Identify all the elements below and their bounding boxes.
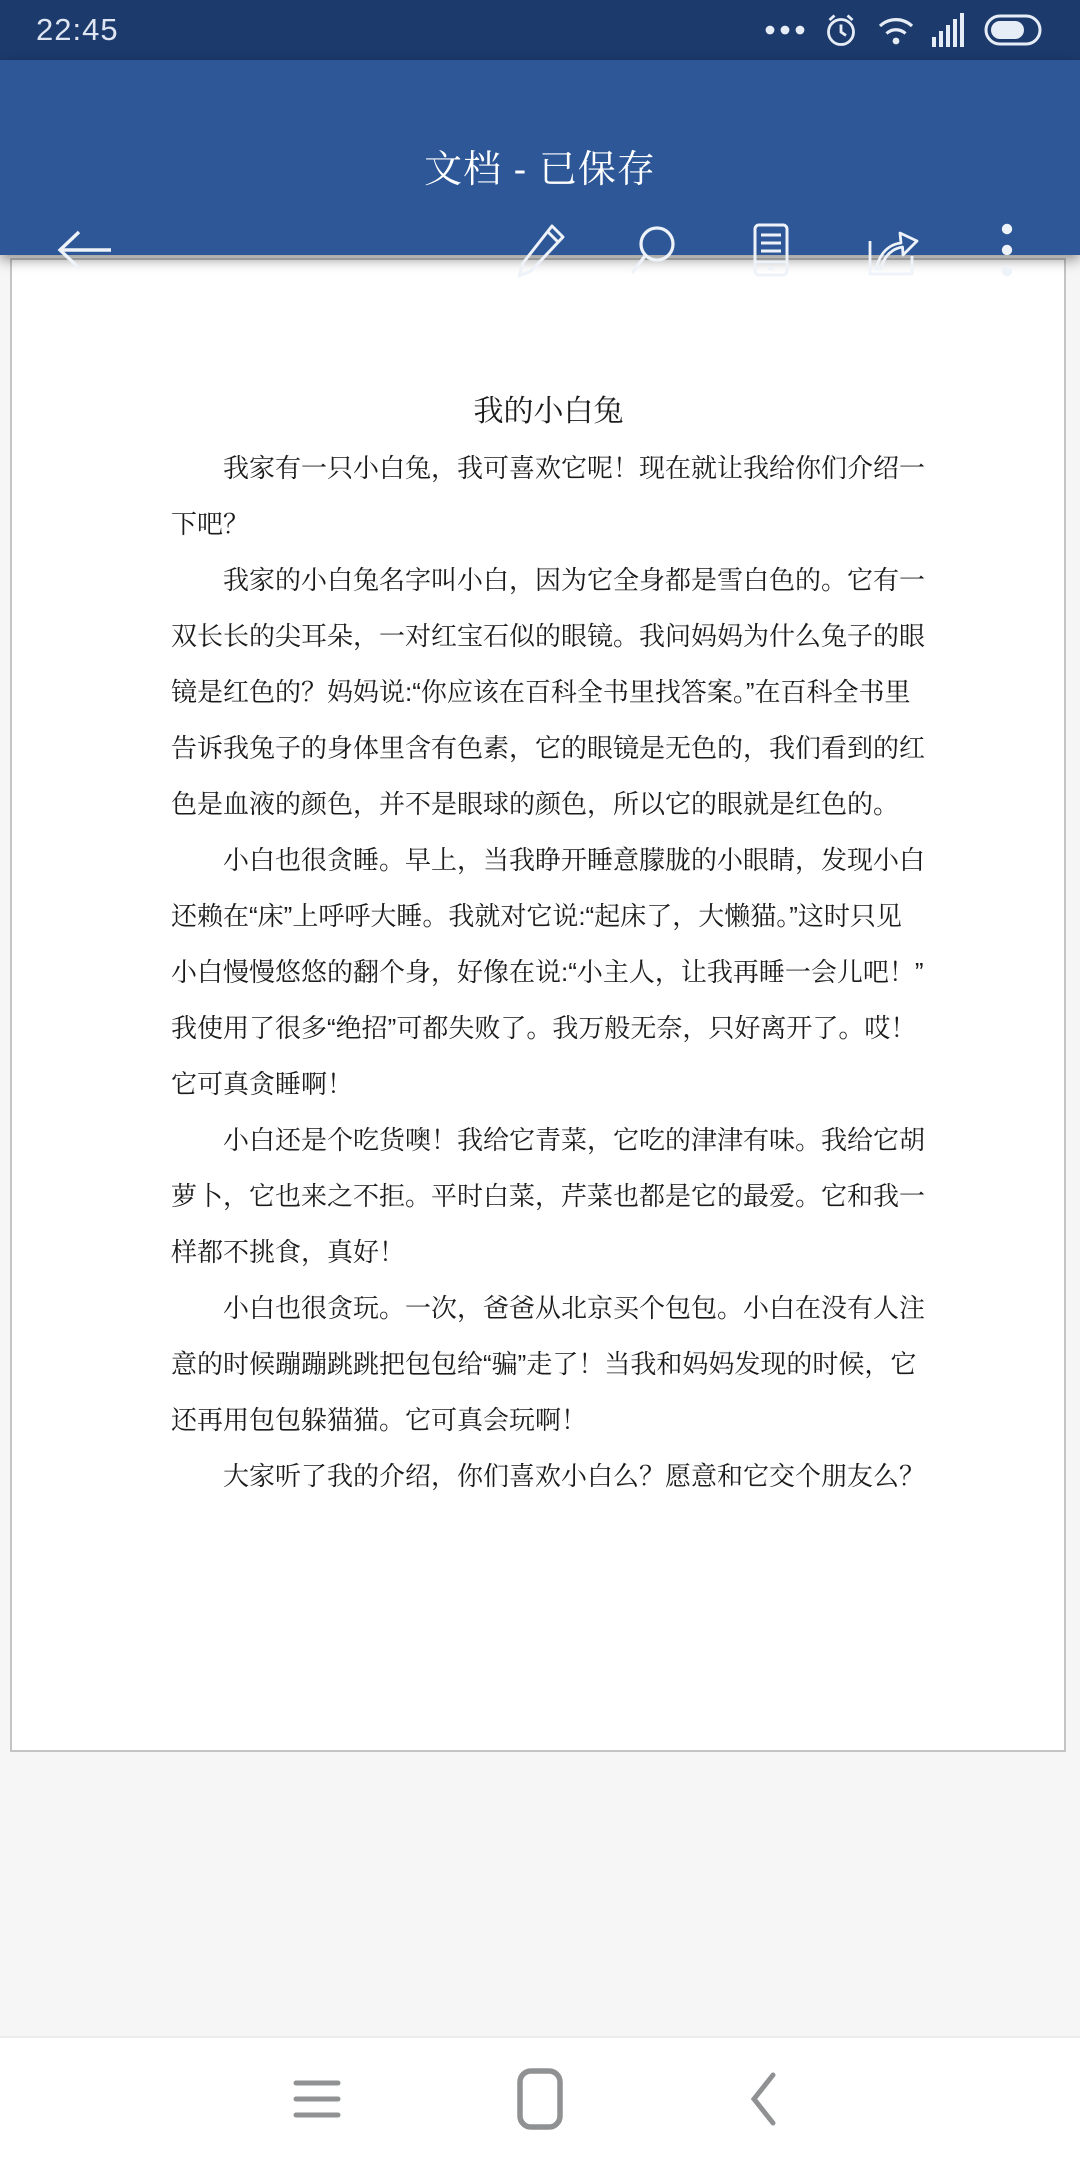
essay-paragraph: 小白还是个吃货噢！我给它青菜，它吃的津津有味。我给它胡萝卜，它也来之不拒。平时白… bbox=[171, 1112, 926, 1280]
search-icon[interactable] bbox=[621, 218, 685, 282]
system-nav-bar bbox=[0, 2036, 1080, 2160]
essay-paragraph: 我家的小白兔名字叫小白，因为它全身都是雪白色的。它有一双长长的尖耳朵，一对红宝石… bbox=[171, 552, 926, 832]
edit-pencil-icon[interactable] bbox=[509, 218, 573, 282]
status-bar: 22:45 bbox=[0, 0, 1080, 60]
more-notifications-dots-icon bbox=[764, 24, 806, 36]
document-canvas: 我的小白兔 我家有一只小白兔，我可喜欢它呢！现在就让我给你们介绍一下吧？ 我家的… bbox=[0, 255, 1080, 2036]
battery-icon bbox=[984, 14, 1044, 46]
alarm-icon bbox=[822, 11, 860, 49]
back-icon[interactable] bbox=[693, 2038, 833, 2160]
clock-time: 22:45 bbox=[36, 12, 119, 48]
status-icon-cluster bbox=[764, 11, 1044, 49]
share-icon[interactable] bbox=[858, 218, 922, 282]
signal-icon bbox=[932, 13, 968, 47]
essay-paragraph: 小白也很贪玩。一次，爸爸从北京买个包包。小白在没有人注意的时候蹦蹦跳跳把包包给“… bbox=[171, 1280, 926, 1448]
wifi-icon bbox=[876, 14, 916, 46]
essay-title: 我的小白兔 bbox=[171, 384, 926, 440]
document-page[interactable]: 我的小白兔 我家有一只小白兔，我可喜欢它呢！现在就让我给你们介绍一下吧？ 我家的… bbox=[10, 258, 1066, 1752]
home-icon[interactable] bbox=[470, 2038, 610, 2160]
document-title-bar: 文档 - 已保存 bbox=[0, 138, 1080, 193]
essay-paragraph: 大家听了我的介绍，你们喜欢小白么？愿意和它交个朋友么？ bbox=[171, 1448, 926, 1504]
phone-screen: 22:45 bbox=[0, 0, 1080, 2160]
back-arrow-icon[interactable] bbox=[52, 218, 116, 282]
essay-paragraph: 小白也很贪睡。早上，当我睁开睡意朦胧的小眼睛，发现小白还赖在“床”上呼呼大睡。我… bbox=[171, 832, 926, 1112]
menu-icon[interactable] bbox=[247, 2038, 387, 2160]
essay-paragraph: 我家有一只小白兔，我可喜欢它呢！现在就让我给你们介绍一下吧？ bbox=[171, 440, 926, 552]
app-bar: 文档 - 已保存 bbox=[0, 60, 1080, 255]
document-text: 我的小白兔 我家有一只小白兔，我可喜欢它呢！现在就让我给你们介绍一下吧？ 我家的… bbox=[12, 260, 1064, 1504]
mobile-view-icon[interactable] bbox=[739, 218, 803, 282]
overflow-menu-icon[interactable] bbox=[975, 218, 1039, 282]
